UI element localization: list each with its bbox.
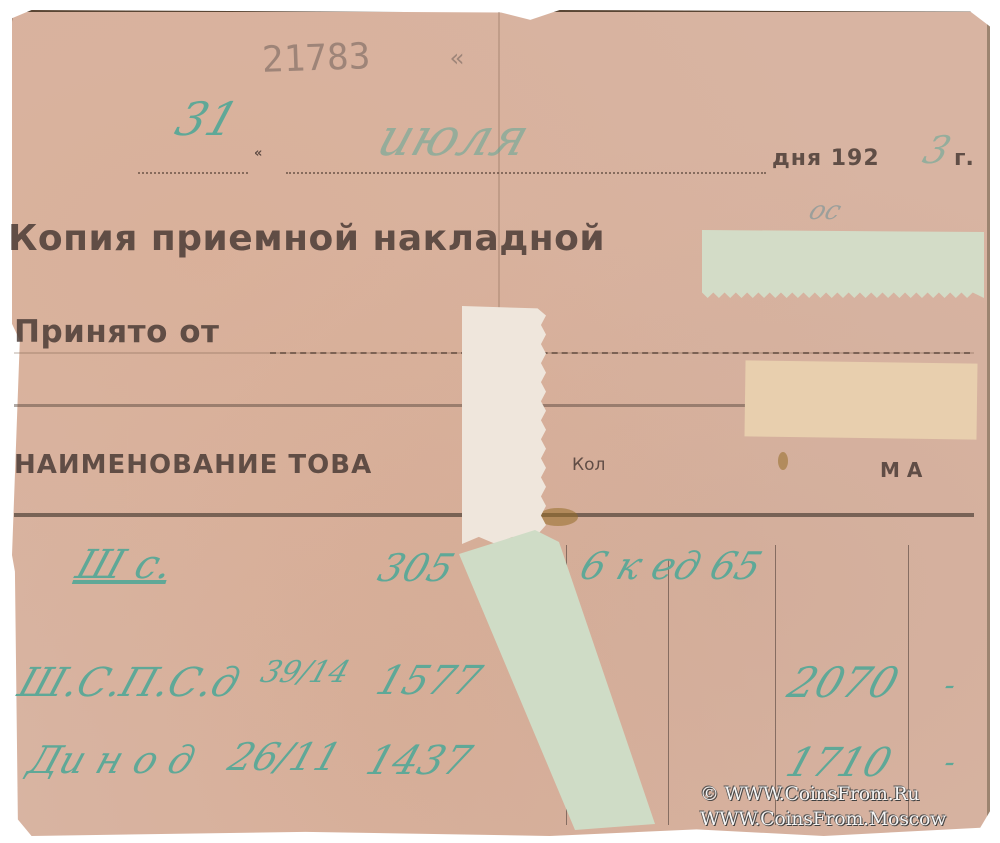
day-underline [138, 172, 248, 174]
row1-quantity: 6 к ед 65 [575, 544, 767, 588]
accepted-from-underline [270, 352, 970, 354]
date-year-suffix: г. [954, 146, 974, 171]
column-divider [668, 560, 669, 825]
attached-strip-green-horizontal [702, 230, 984, 298]
accepted-from-label: Принято от [14, 314, 220, 350]
row2-amount: 2070 [782, 658, 905, 707]
row2-fraction: 39/14 [256, 655, 354, 690]
stain [778, 452, 788, 470]
column-header-right: М А [880, 458, 922, 482]
column-header-quantity: Кол [572, 455, 605, 475]
row1-number: 305 [373, 546, 460, 590]
row3-fraction: 26/11 [223, 735, 347, 779]
pencil-serial-number: 21783 [261, 36, 371, 81]
attached-strip-white-vertical [462, 306, 546, 544]
row2-item-name: Ш.С.П.С.д [13, 660, 246, 706]
document-title: Копия приемной накладной [8, 218, 605, 259]
date-year-prefix: дня 192 [772, 146, 880, 171]
watermark-line-1: © WWW.CoinsFrom.Ru [700, 783, 919, 805]
row2-number: 1577 [371, 658, 488, 704]
row1-item-name: Ш с. [71, 542, 179, 588]
handwritten-month: июля [370, 108, 536, 168]
date-quote-mark: « [254, 146, 262, 161]
attached-strip-beige [744, 360, 977, 439]
document-scan: 21783 « 31 « июля дня 192 3 г. Копия при… [0, 0, 1000, 843]
watermark-line-2: WWW.CoinsFrom.Moscow [700, 808, 946, 830]
month-underline [286, 172, 766, 174]
row3-item-name: Ди н о д [23, 738, 201, 782]
column-header-goods-name: НАИМЕНОВАНИЕ ТОВА [14, 450, 372, 480]
pencil-mark: « [450, 44, 464, 72]
row3-amount: 1710 [781, 740, 898, 786]
row3-number: 1437 [361, 738, 478, 784]
